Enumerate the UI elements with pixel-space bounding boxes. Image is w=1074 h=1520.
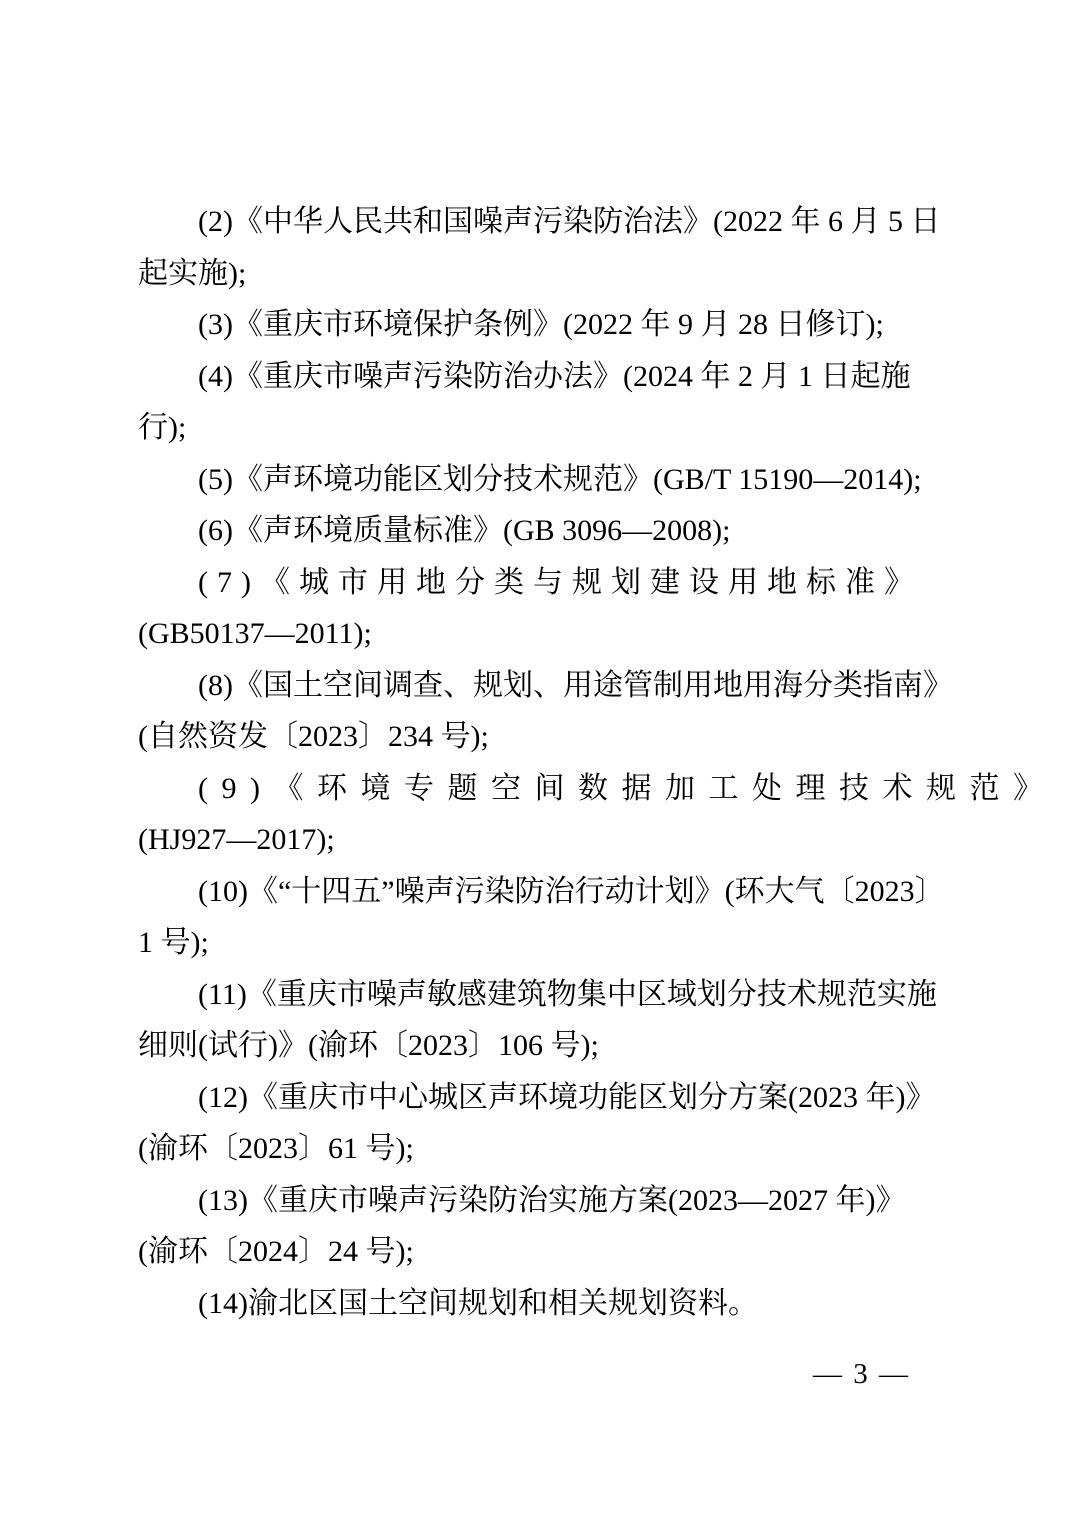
- reference-item-11-line-1: (11)《重庆市噪声敏感建筑物集中区域划分技术规范实施: [138, 969, 930, 1021]
- reference-item-6-line-1: (6)《声环境质量标准》(GB 3096—2008);: [138, 505, 930, 557]
- reference-item-9-line-2: (HJ927—2017);: [138, 814, 930, 866]
- page-number: — 3 —: [813, 1357, 910, 1391]
- reference-item-12-line-2: (渝环〔2023〕61 号);: [138, 1123, 930, 1175]
- reference-item-2-line-2: 起实施);: [138, 248, 930, 300]
- reference-item-9-line-1: (9)《环境专题空间数据加工处理技术规范》: [138, 763, 930, 815]
- reference-item-13-line-2: (渝环〔2024〕24 号);: [138, 1226, 930, 1278]
- reference-item-8-line-2: (自然资发〔2023〕234 号);: [138, 711, 930, 763]
- reference-item-5-line-1: (5)《声环境功能区划分技术规范》(GB/T 15190—2014);: [138, 454, 930, 506]
- reference-list: (2)《中华人民共和国噪声污染防治法》(2022 年 6 月 5 日 起实施);…: [138, 196, 930, 1329]
- document-page: (2)《中华人民共和国噪声污染防治法》(2022 年 6 月 5 日 起实施);…: [0, 0, 1074, 1520]
- reference-item-10-line-1: (10)《“十四五”噪声污染防治行动计划》(环大气〔2023〕: [138, 866, 930, 918]
- reference-item-11-line-2: 细则(试行)》(渝环〔2023〕106 号);: [138, 1020, 930, 1072]
- reference-item-2-line-1: (2)《中华人民共和国噪声污染防治法》(2022 年 6 月 5 日: [138, 196, 930, 248]
- reference-item-8-line-1: (8)《国土空间调查、规划、用途管制用地用海分类指南》: [138, 660, 930, 712]
- reference-item-4-line-2: 行);: [138, 402, 930, 454]
- reference-item-7-line-2: (GB50137—2011);: [138, 608, 930, 660]
- reference-item-7-line-1: (7)《城市用地分类与规划建设用地标准》: [138, 557, 930, 609]
- reference-item-12-line-1: (12)《重庆市中心城区声环境功能区划分方案(2023 年)》: [138, 1072, 930, 1124]
- reference-item-3-line-1: (3)《重庆市环境保护条例》(2022 年 9 月 28 日修订);: [138, 299, 930, 351]
- reference-item-14-line-1: (14)渝北区国土空间规划和相关规划资料。: [138, 1278, 930, 1330]
- reference-item-4-line-1: (4)《重庆市噪声污染防治办法》(2024 年 2 月 1 日起施: [138, 351, 930, 403]
- reference-item-10-line-2: 1 号);: [138, 917, 930, 969]
- reference-item-13-line-1: (13)《重庆市噪声污染防治实施方案(2023—2027 年)》: [138, 1175, 930, 1227]
